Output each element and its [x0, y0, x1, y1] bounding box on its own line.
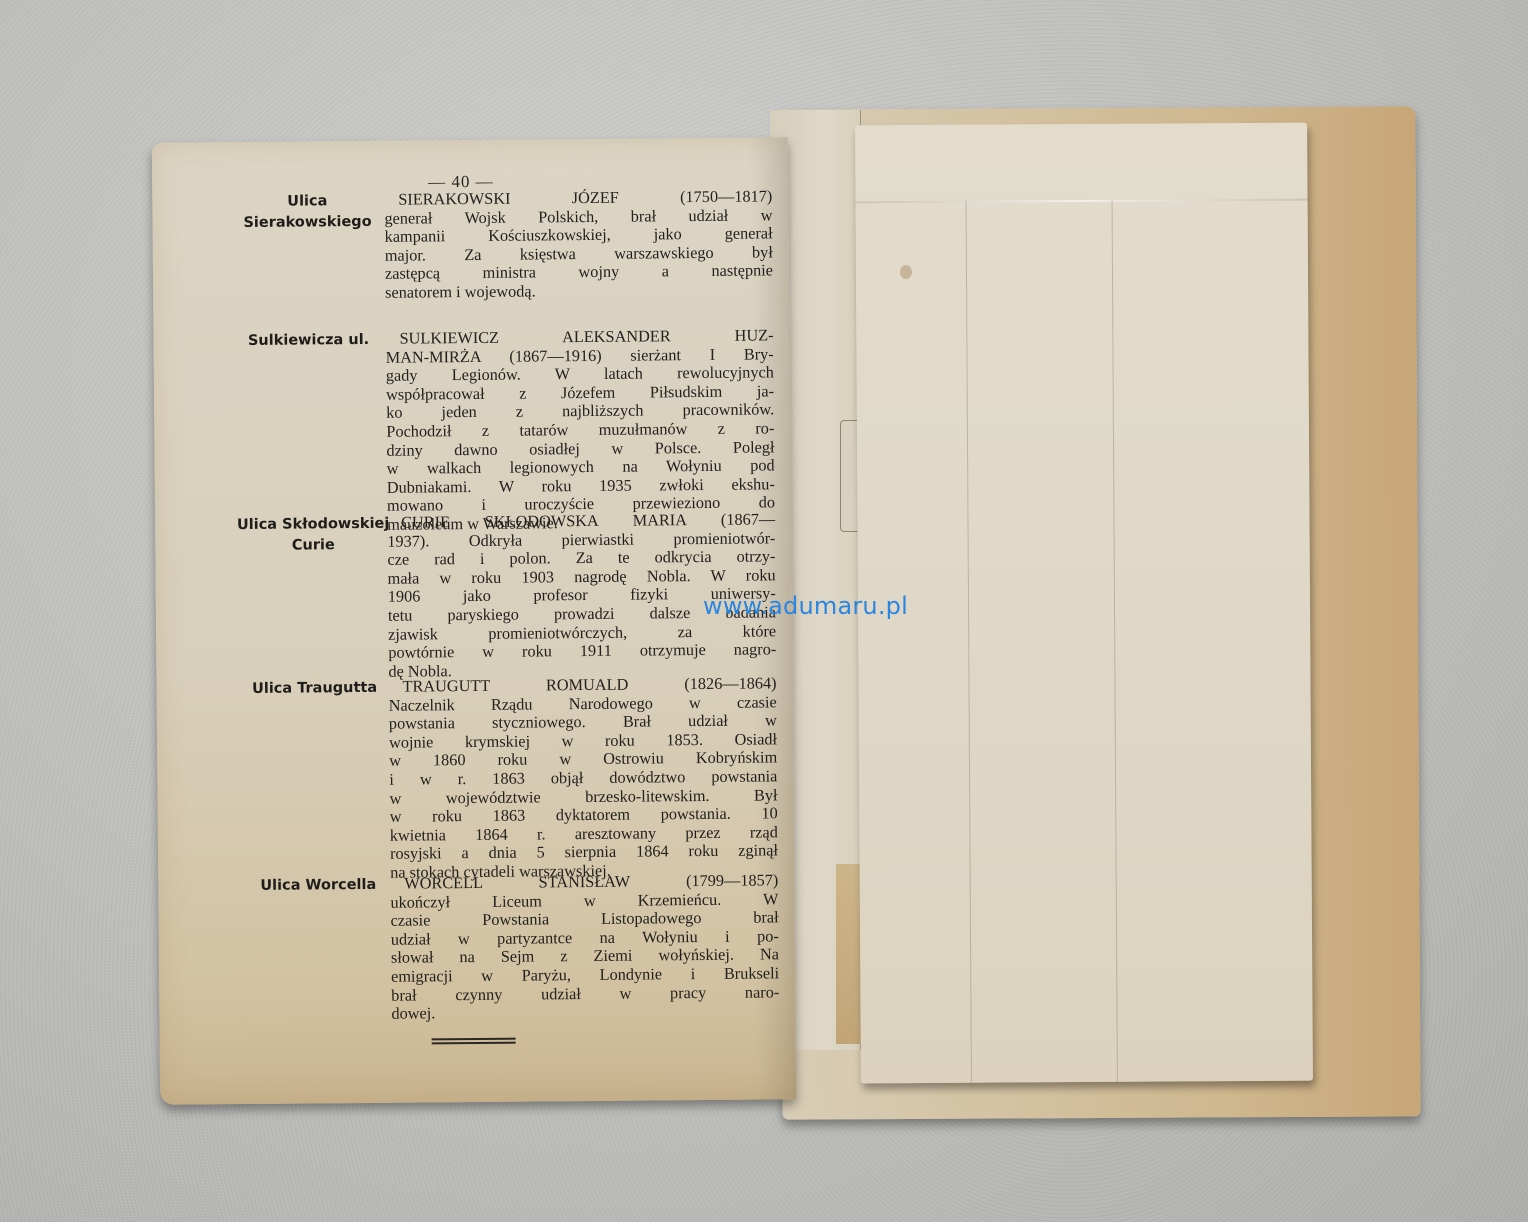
street-name-worcella: Ulica Worcella — [248, 875, 388, 897]
spine-tape — [836, 864, 862, 1044]
street-name-traugutta: Ulica Traugutta — [244, 678, 384, 700]
book-page-40: — 40 — Ulica Sierakowskiego SIERAKOWSKI … — [152, 137, 796, 1105]
biography-sierakowski: SIERAKOWSKI JÓZEF (1750—1817) generał Wo… — [384, 187, 773, 302]
end-of-section-double-rule — [432, 1038, 516, 1045]
folded-map-insert[interactable] — [855, 123, 1313, 1084]
watermark: www.adumaru.pl — [703, 592, 908, 620]
street-name-sulkiewicza: Sulkiewicza ul. — [238, 330, 378, 352]
street-name-sierakowskiego: Ulica Sierakowskiego — [222, 191, 392, 234]
fold-crease-vertical — [966, 201, 972, 1083]
biography-traugutt: TRAUGUTT ROMUALD (1826—1864) Naczelnik R… — [388, 674, 778, 882]
street-name-sklodowskiej-curie: Ulica Skłodowskiej Curie — [233, 514, 393, 557]
stain — [900, 265, 912, 279]
fold-crease-horizontal — [856, 199, 1308, 204]
biography-sulkiewicz: SULKIEWICZ ALEKSANDER HUZ- MAN-MIRŻA (18… — [385, 326, 775, 534]
fold-crease-vertical — [1112, 200, 1118, 1082]
biography-worcell: WORCELL STANISŁAW (1799—1857) ukończył L… — [390, 871, 779, 1023]
